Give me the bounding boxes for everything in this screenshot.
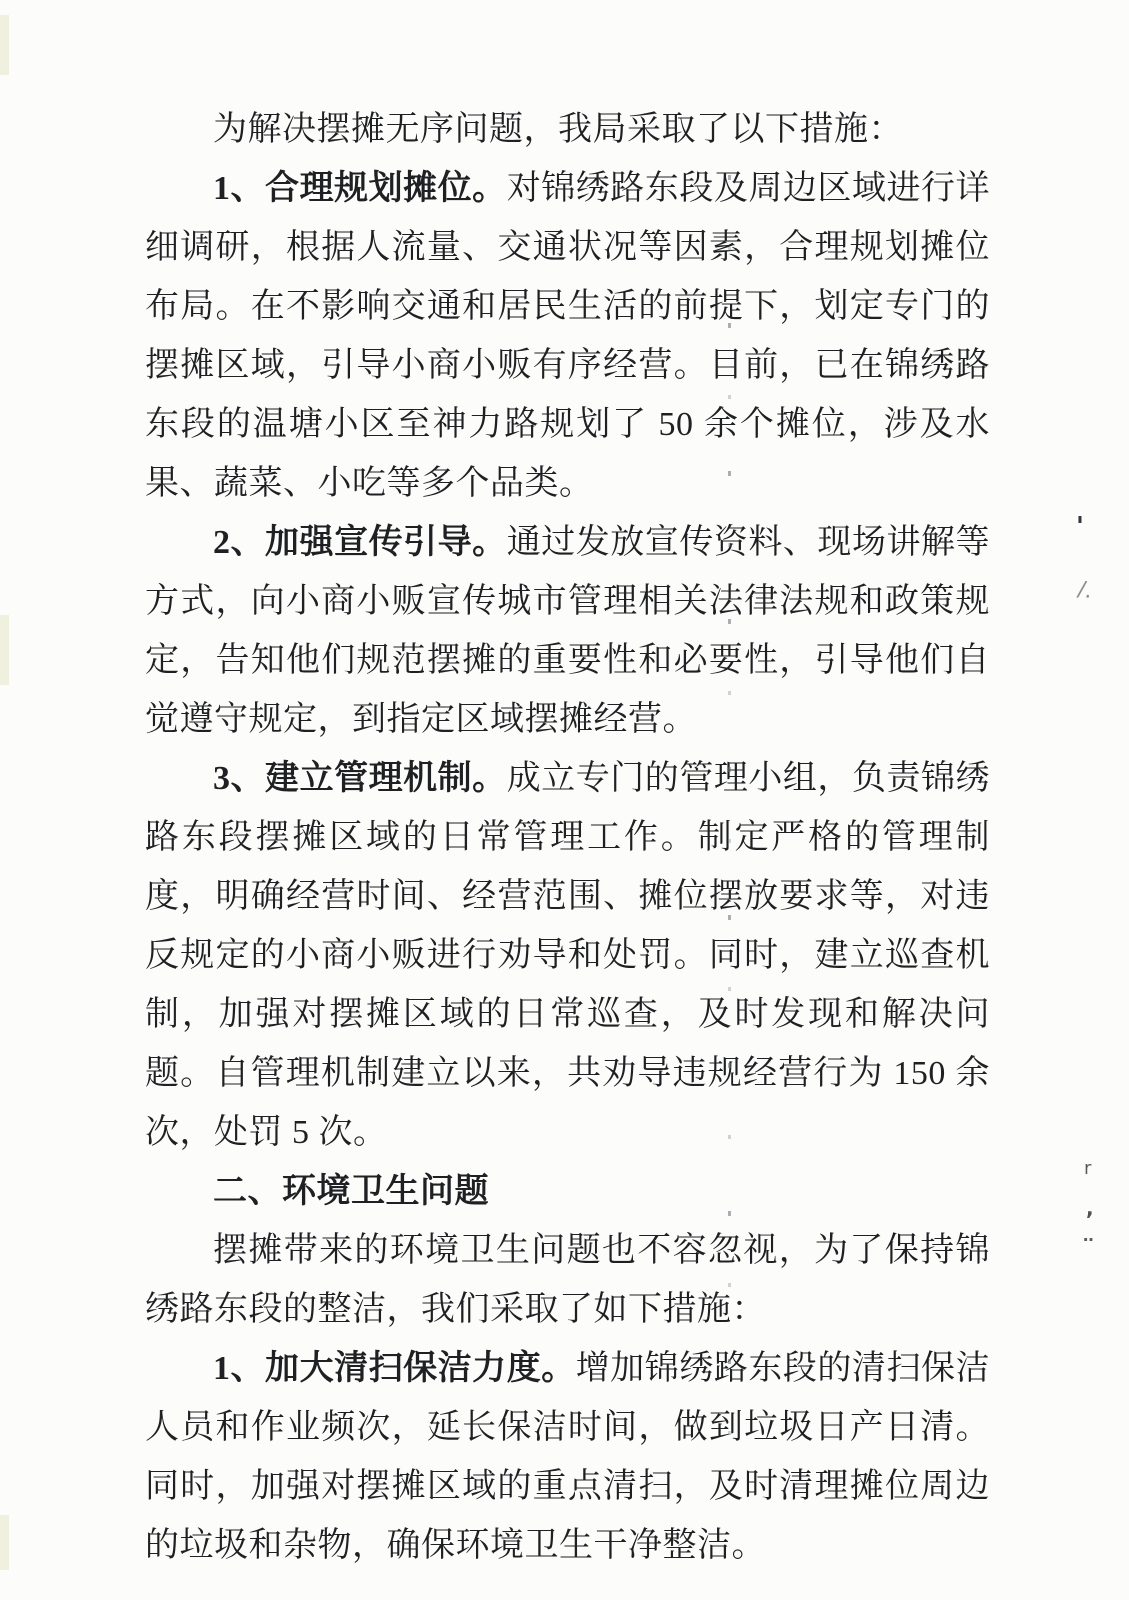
numbered-paragraph-4: 1、加大清扫保洁力度。增加锦绣路东段的清扫保洁人员和作业频次，延长保洁时间，做到… <box>145 1339 990 1575</box>
paragraph-lead: 2、加强宣传引导。 <box>213 524 507 561</box>
paragraph-text: 对锦绣路东段及周边区域进行详细调研，根据人流量、交通状况等因素，合理规划摊位布局… <box>145 170 990 502</box>
numbered-paragraph-3: 3、建立管理机制。成立专门的管理小组，负责锦绣路东段摆摊区域的日常管理工作。制定… <box>145 749 990 1162</box>
section-heading: 二、环境卫生问题 <box>145 1162 990 1221</box>
numbered-paragraph-1: 1、合理规划摊位。对锦绣路东段及周边区域进行详细调研，根据人流量、交通状况等因素… <box>145 159 990 513</box>
paragraph-lead: 1、加大清扫保洁力度。 <box>213 1350 576 1387</box>
scan-noise-mark: /. <box>1076 577 1095 604</box>
section-heading-text: 二、环境卫生问题 <box>213 1172 489 1210</box>
scan-noise-mark: r <box>1084 1158 1091 1179</box>
scanned-document-page: 为解决摆摊无序问题，我局采取了以下措施： 1、合理规划摊位。对锦绣路东段及周边区… <box>0 0 1129 1600</box>
scan-noise-mark: ‥ <box>1083 1226 1094 1245</box>
intro-paragraph: 为解决摆摊无序问题，我局采取了以下措施： <box>145 100 990 159</box>
paragraph-lead: 3、建立管理机制。 <box>213 760 507 797</box>
document-text-block: 为解决摆摊无序问题，我局采取了以下措施： 1、合理规划摊位。对锦绣路东段及周边区… <box>145 100 990 1575</box>
paragraph-text: 成立专门的管理小组，负责锦绣路东段摆摊区域的日常管理工作。制定严格的管理制度，明… <box>145 760 990 1151</box>
paragraph-text: 为解决摆摊无序问题，我局采取了以下措施： <box>213 111 903 148</box>
scanner-edge-tint <box>0 1515 9 1570</box>
scanner-edge-tint <box>0 15 9 75</box>
scan-noise-mark: , <box>1086 1196 1094 1220</box>
scanner-edge-tint <box>0 615 9 685</box>
numbered-paragraph-2: 2、加强宣传引导。通过发放宣传资料、现场讲解等方式，向小商小贩宣传城市管理相关法… <box>145 513 990 749</box>
paragraph-text: 摆摊带来的环境卫生问题也不容忽视，为了保持锦绣路东段的整洁，我们采取了如下措施： <box>145 1232 990 1328</box>
paragraph-lead: 1、合理规划摊位。 <box>213 170 507 207</box>
scan-noise-mark: ' <box>1076 512 1084 542</box>
plain-paragraph-2: 摆摊带来的环境卫生问题也不容忽视，为了保持锦绣路东段的整洁，我们采取了如下措施： <box>145 1221 990 1339</box>
